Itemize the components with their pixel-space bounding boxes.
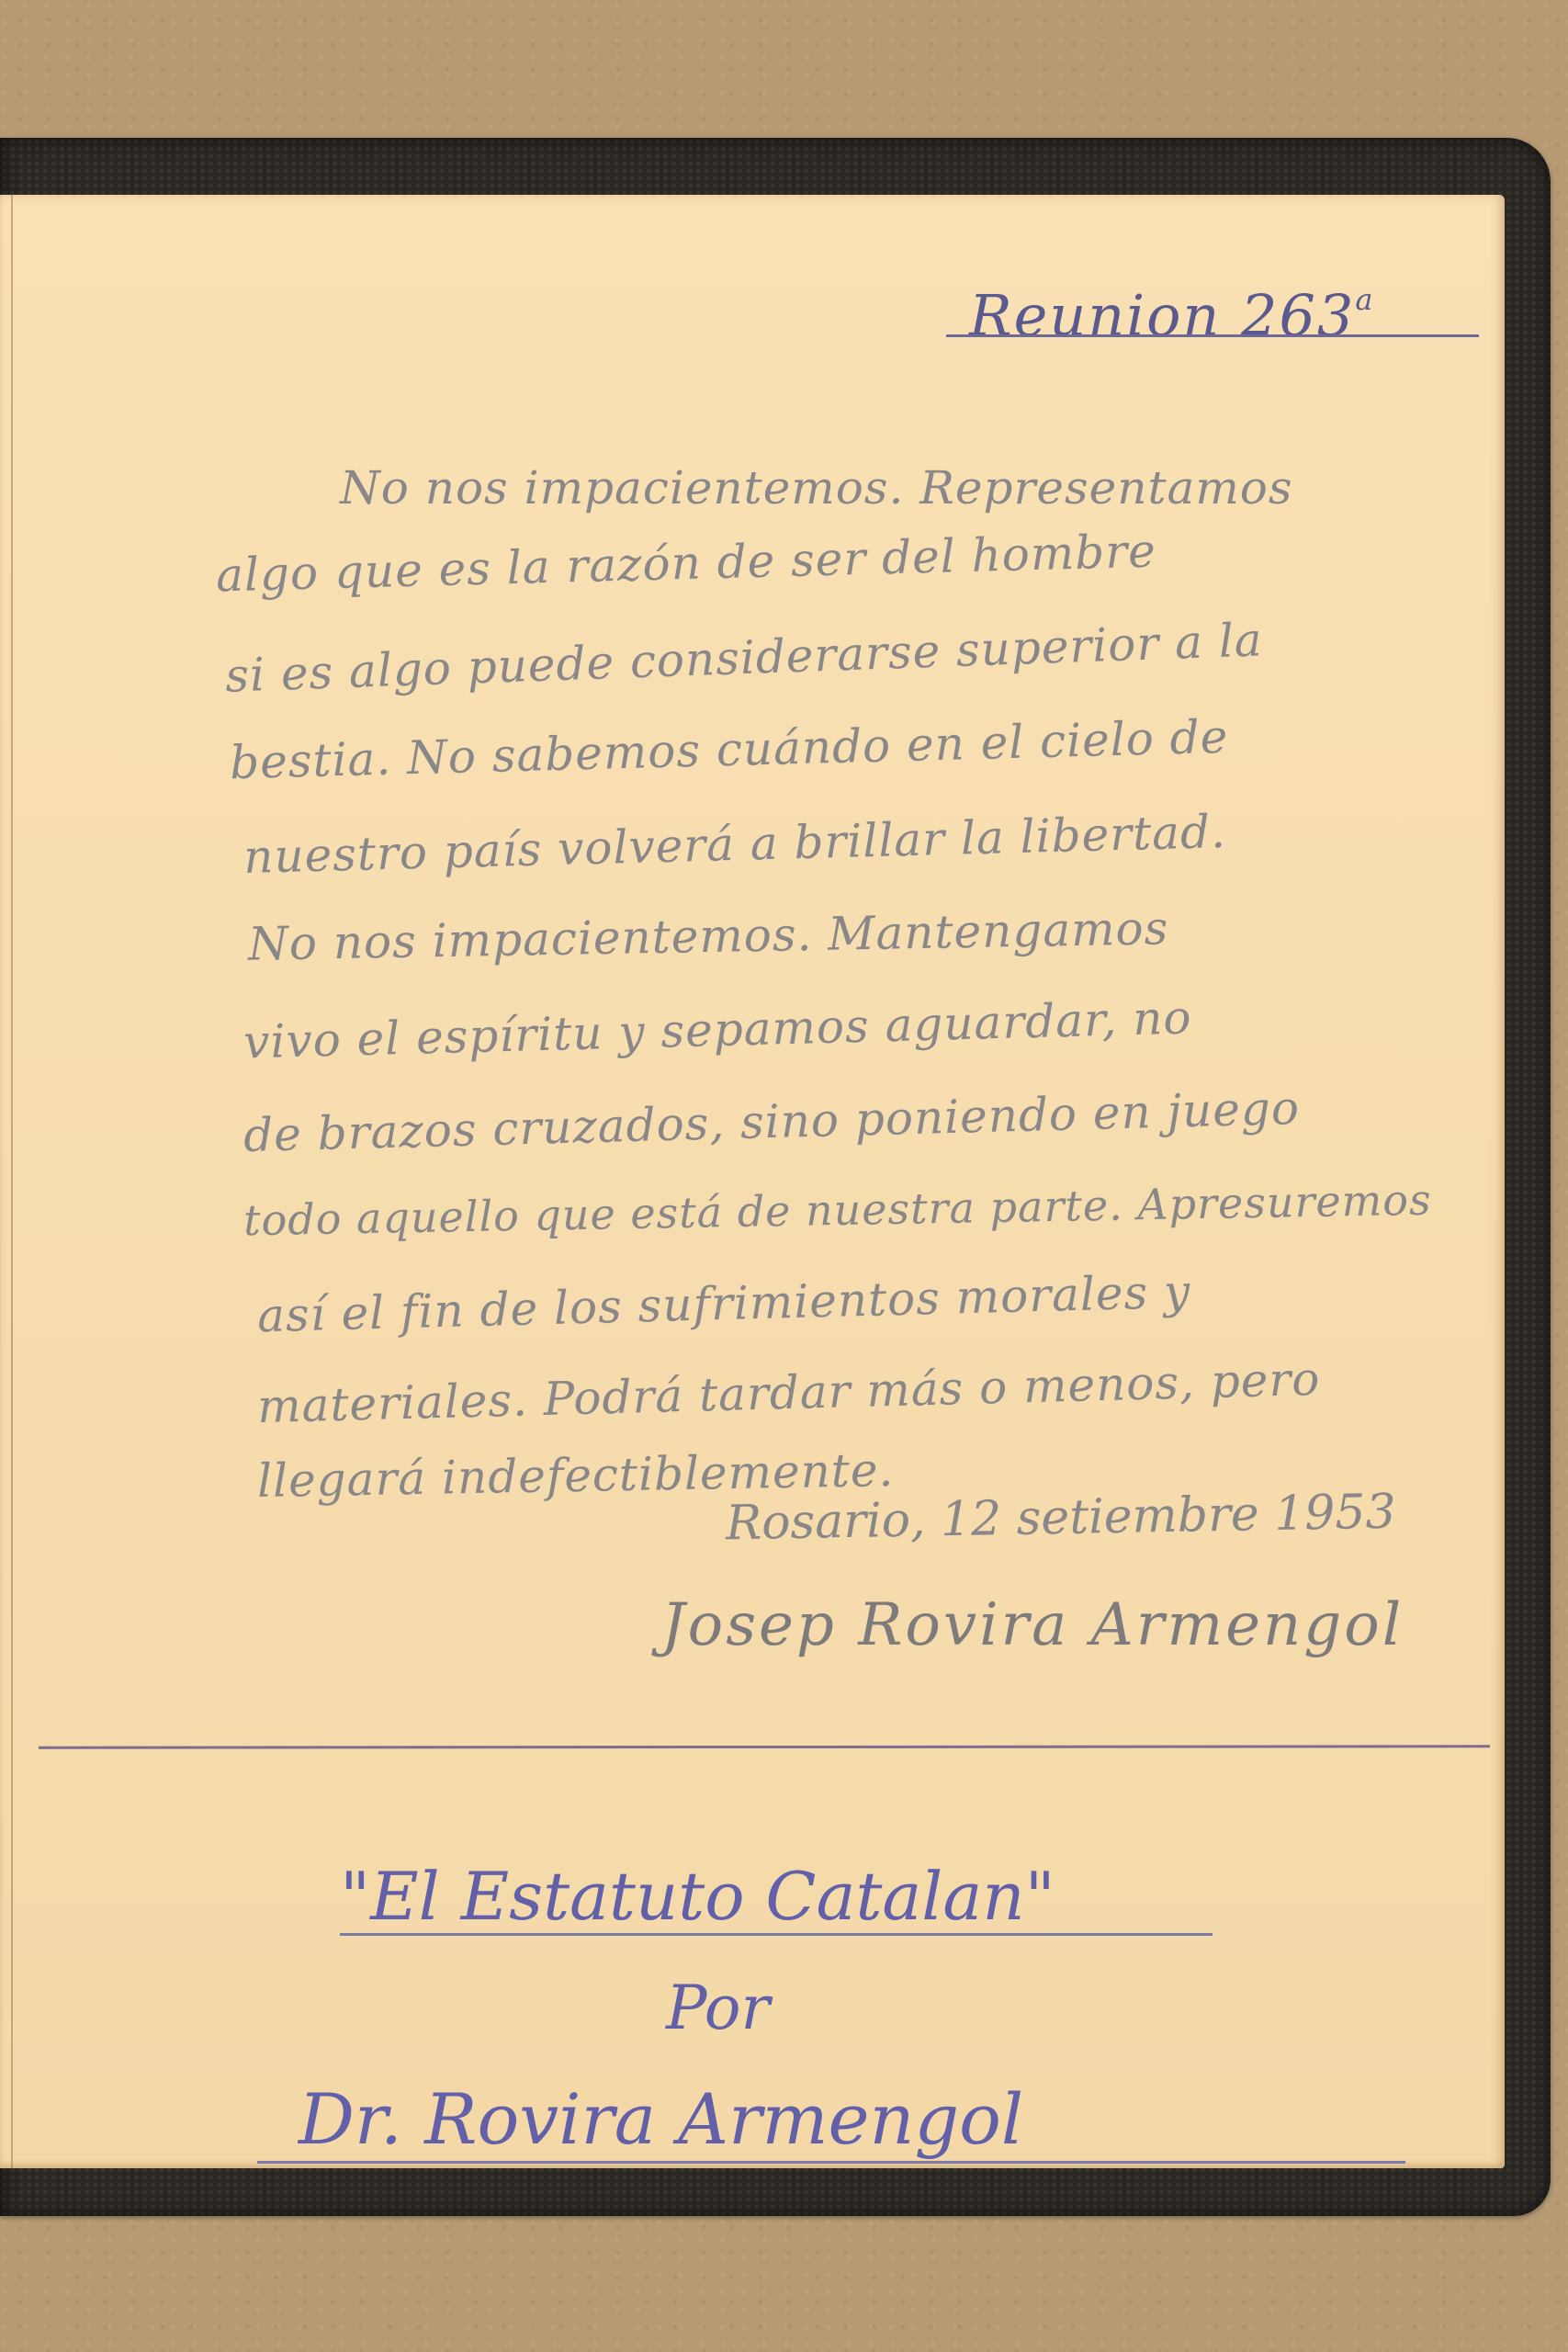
meeting-heading-text: Reunion 263 <box>969 282 1355 349</box>
body-line: nuestro país volverá a brillar la libert… <box>243 805 1226 884</box>
body-line: así el fin de los sufrimientos morales y <box>256 1265 1191 1343</box>
dateline: Rosario, 12 setiembre 1953 <box>726 1485 1396 1552</box>
ordinal-suffix: a <box>1355 282 1374 317</box>
body-line: si es algo puede considerarse superior a… <box>224 613 1263 702</box>
notebook-page: Reunion 263a No nos impacientemos. Repre… <box>0 195 1505 2168</box>
meeting-heading: Reunion 263a <box>969 282 1374 349</box>
heading-underline <box>946 334 1479 337</box>
body-line: bestia. No sabemos cuándo en el cielo de <box>229 710 1229 789</box>
signature: Josep Rovira Armengol <box>661 1591 1404 1659</box>
body-line: de brazos cruzados, sino poniendo en jue… <box>243 1081 1300 1162</box>
body-line: No nos impacientemos. Representamos <box>340 461 1293 514</box>
body-line: todo aquello que está de nuestra parte. … <box>243 1175 1432 1246</box>
body-line: vivo el espíritu y sepamos aguardar, no <box>243 990 1192 1069</box>
body-line: No nos impacientemos. Mantengamos <box>248 901 1169 970</box>
lecture-by: Por <box>666 1973 770 2043</box>
lecture-title: "El Estatuto Catalan" <box>340 1858 1055 1935</box>
body-line: materiales. Podrá tardar más o menos, pe… <box>256 1352 1321 1433</box>
lecture-author: Dr. Rovira Armengol <box>299 2078 1023 2160</box>
lecture-author-underline <box>257 2161 1405 2164</box>
body-line: algo que es la razón de ser del hombre <box>215 525 1156 603</box>
lecture-title-underline <box>340 1933 1213 1936</box>
page-gutter-line <box>11 195 13 2168</box>
section-divider <box>39 1745 1490 1748</box>
